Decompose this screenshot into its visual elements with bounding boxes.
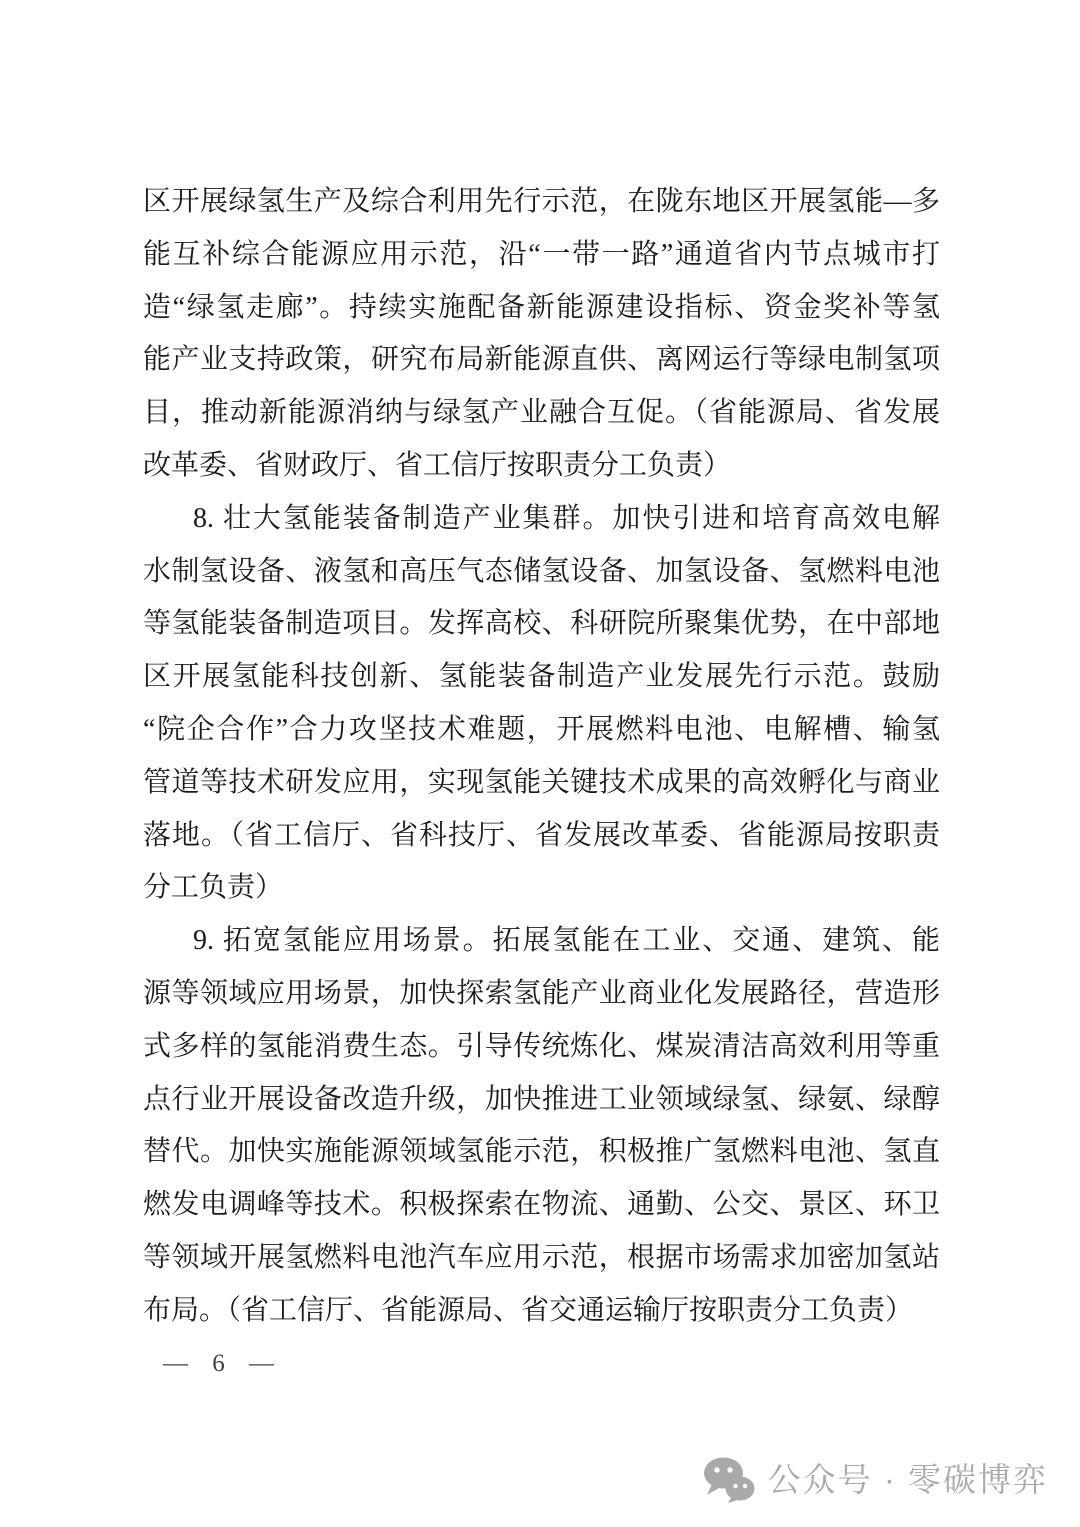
text-line: 等氢能装备制造项目。发挥高校、科研院所聚集优势，在中部地 — [143, 598, 940, 651]
text-line: 造“绿氢走廊”。持续实施配备新能源建设指标、资金奖补等氢 — [143, 282, 940, 335]
text-line: 替代。加快实施能源领域氢能示范，积极推广氢燃料电池、氢直 — [143, 1126, 940, 1179]
text-line: 源等领域应用场景，加快探索氢能产业商业化发展路径，营造形 — [143, 968, 940, 1021]
text-line: 区开展绿氢生产及综合利用先行示范，在陇东地区开展氢能—多 — [143, 176, 940, 229]
text-line: 9. 拓宽氢能应用场景。拓展氢能在工业、交通、建筑、能 — [143, 915, 940, 968]
wechat-icon — [703, 1457, 755, 1503]
watermark: 公众号 · 零碳博弈 — [703, 1457, 1048, 1503]
text-line: 水制氢设备、液氢和高压气态储氢设备、加氢设备、氢燃料电池 — [143, 546, 940, 599]
text-line: 布局。（省工信厅、省能源局、省交通运输厅按职责分工负责） — [143, 1285, 940, 1338]
text-line: 能产业支持政策，研究布局新能源直供、离网运行等绿电制氢项 — [143, 334, 940, 387]
watermark-label: 公众号 · 零碳博弈 — [768, 1457, 1048, 1503]
text-line: 区开展氢能科技创新、氢能装备制造产业发展先行示范。鼓励 — [143, 651, 940, 704]
paragraph-7-continuation: 区开展绿氢生产及综合利用先行示范，在陇东地区开展氢能—多 能互补综合能源应用示范… — [143, 176, 940, 493]
text-line: 点行业开展设备改造升级，加快推进工业领域绿氢、绿氨、绿醇 — [143, 1074, 940, 1127]
text-line: 能互补综合能源应用示范，沿“一带一路”通道省内节点城市打 — [143, 229, 940, 282]
page-number: — 6 — — [163, 1350, 283, 1378]
document-body: 区开展绿氢生产及综合利用先行示范，在陇东地区开展氢能—多 能互补综合能源应用示范… — [143, 176, 940, 1338]
text-line: 目，推动新能源消纳与绿氢产业融合互促。（省能源局、省发展 — [143, 387, 940, 440]
text-line: 燃发电调峰等技术。积极探索在物流、通勤、公交、景区、环卫 — [143, 1179, 940, 1232]
text-line: 等领域开展氢燃料电池汽车应用示范，根据市场需求加密加氢站 — [143, 1232, 940, 1285]
text-line: 管道等技术研发应用，实现氢能关键技术成果的高效孵化与商业 — [143, 757, 940, 810]
paragraph-9: 9. 拓宽氢能应用场景。拓展氢能在工业、交通、建筑、能 源等领域应用场景，加快探… — [143, 915, 940, 1337]
text-line: 落地。（省工信厅、省科技厅、省发展改革委、省能源局按职责 — [143, 810, 940, 863]
paragraph-8: 8. 壮大氢能装备制造产业集群。加快引进和培育高效电解 水制氢设备、液氢和高压气… — [143, 493, 940, 915]
text-line: 8. 壮大氢能装备制造产业集群。加快引进和培育高效电解 — [143, 493, 940, 546]
text-line: 改革委、省财政厅、省工信厅按职责分工负责） — [143, 440, 940, 493]
text-line: 分工负责） — [143, 862, 940, 915]
text-line: 式多样的氢能消费生态。引导传统炼化、煤炭清洁高效利用等重 — [143, 1021, 940, 1074]
text-line: “院企合作”合力攻坚技术难题，开展燃料电池、电解槽、输氢 — [143, 704, 940, 757]
document-page: 区开展绿氢生产及综合利用先行示范，在陇东地区开展氢能—多 能互补综合能源应用示范… — [0, 0, 1080, 1527]
